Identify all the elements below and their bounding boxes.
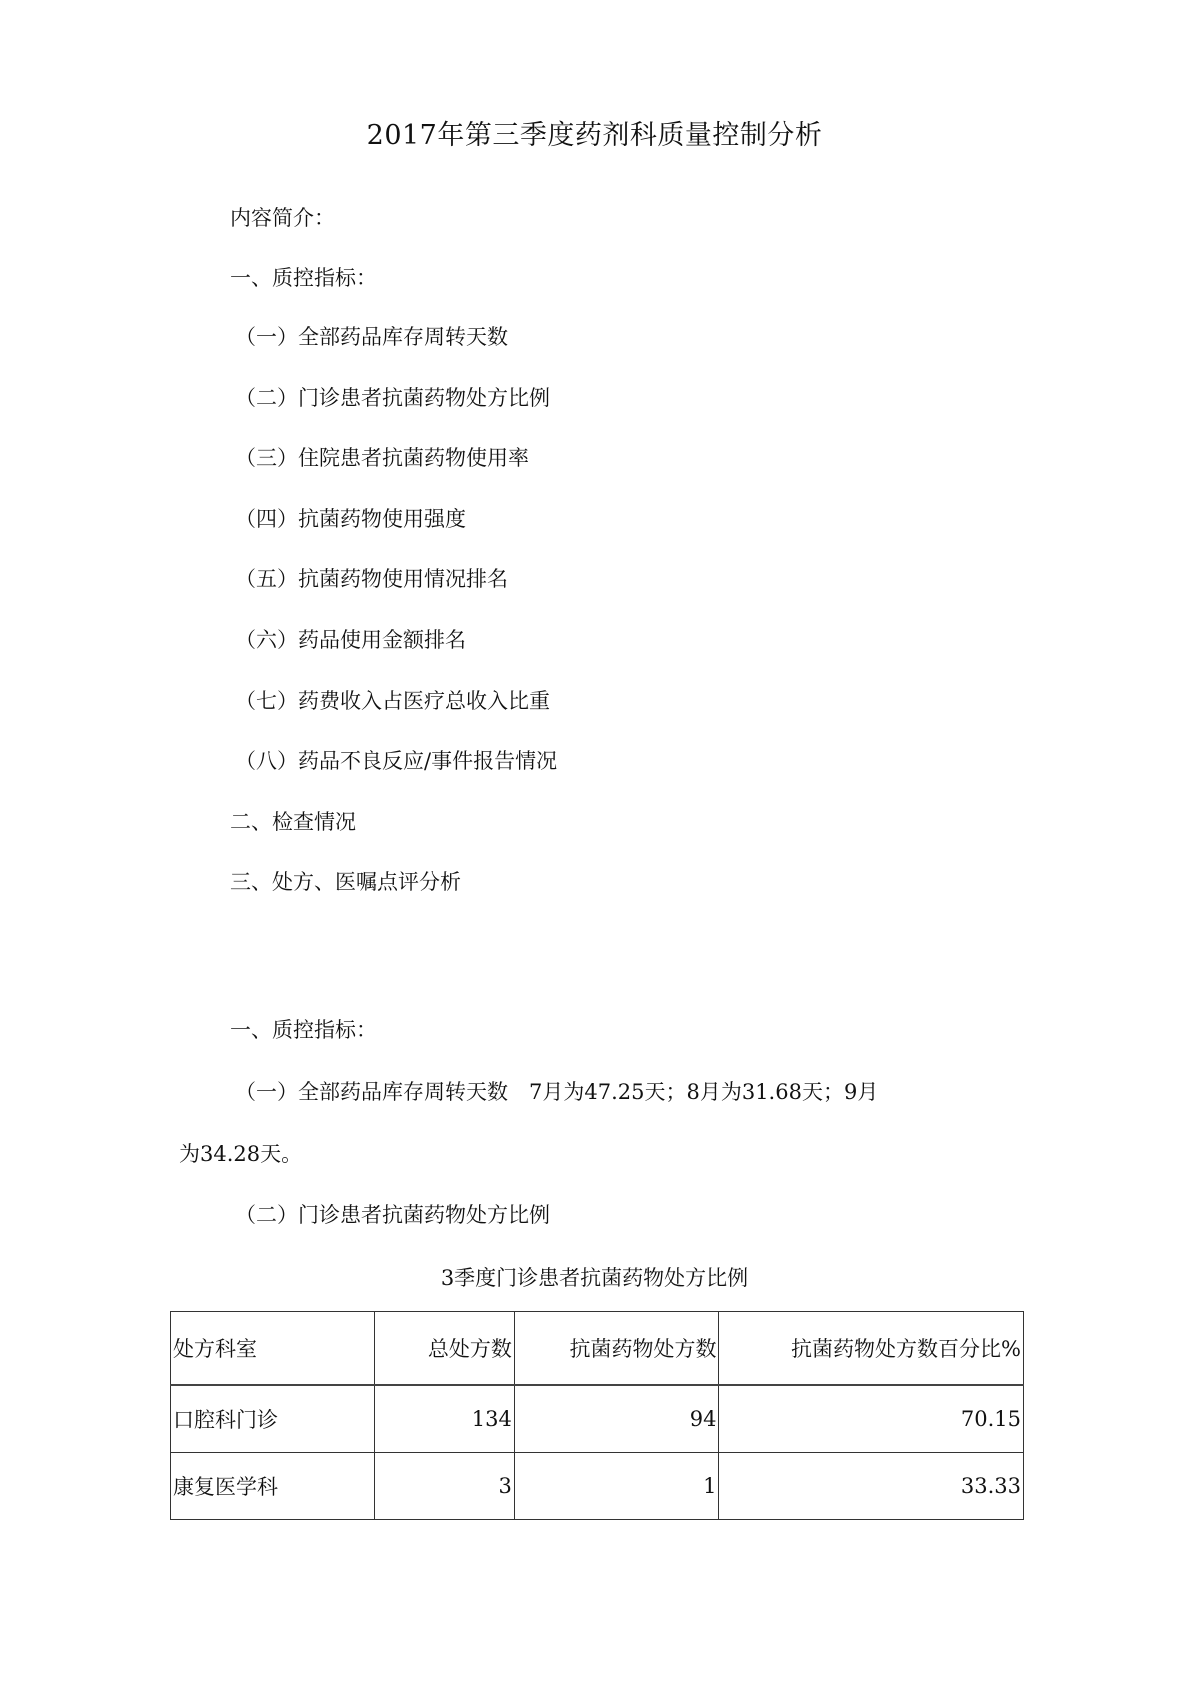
toc-item: （二）门诊患者抗菌药物处方比例 <box>235 383 550 413</box>
table-row: 口腔科门诊 134 94 70.15 <box>171 1385 1024 1453</box>
toc-item: （六）药品使用金额排名 <box>235 625 466 655</box>
cell-antibiotic-percentage: 70.15 <box>719 1385 1024 1453</box>
cell-antibiotic-prescriptions: 1 <box>514 1453 719 1520</box>
toc-section-quality-indicators: 一、质控指标： <box>230 263 377 293</box>
intro-label: 内容简介： <box>230 203 335 233</box>
table-caption: 3季度门诊患者抗菌药物处方比例 <box>0 1263 1189 1293</box>
section-heading-quality-indicators: 一、质控指标： <box>230 1015 377 1045</box>
toc-item: （三）住院患者抗菌药物使用率 <box>235 443 529 473</box>
header-antibiotic-percentage: 抗菌药物处方数百分比% <box>719 1312 1024 1386</box>
cell-total-prescriptions: 134 <box>375 1385 515 1453</box>
toc-item: （四）抗菌药物使用强度 <box>235 504 466 534</box>
toc-section-prescription-review: 三、处方、医嘱点评分析 <box>230 867 461 897</box>
cell-department: 口腔科门诊 <box>171 1385 375 1453</box>
toc-item: （五）抗菌药物使用情况排名 <box>235 564 508 594</box>
outpatient-antibiotic-heading: （二）门诊患者抗菌药物处方比例 <box>235 1200 550 1230</box>
table-header-row: 处方科室 总处方数 抗菌药物处方数 抗菌药物处方数百分比% <box>171 1312 1024 1386</box>
toc-section-inspection: 二、检查情况 <box>230 807 356 837</box>
cell-antibiotic-percentage: 33.33 <box>719 1453 1024 1520</box>
toc-item: （一）全部药品库存周转天数 <box>235 322 508 352</box>
page-title: 2017年第三季度药剂科质量控制分析 <box>0 118 1189 154</box>
header-department: 处方科室 <box>171 1312 375 1386</box>
cell-total-prescriptions: 3 <box>375 1453 515 1520</box>
cell-department: 康复医学科 <box>171 1453 375 1520</box>
inventory-turnover-paragraph-cont: 为34.28天。 <box>179 1139 302 1169</box>
table-row: 康复医学科 3 1 33.33 <box>171 1453 1024 1520</box>
header-antibiotic-prescriptions: 抗菌药物处方数 <box>514 1312 719 1386</box>
toc-item: （八）药品不良反应/事件报告情况 <box>235 746 557 776</box>
header-total-prescriptions: 总处方数 <box>375 1312 515 1386</box>
cell-antibiotic-prescriptions: 94 <box>514 1385 719 1453</box>
toc-item: （七）药费收入占医疗总收入比重 <box>235 686 550 716</box>
inventory-turnover-paragraph: （一）全部药品库存周转天数 7月为47.25天；8月为31.68天；9月 <box>235 1077 878 1107</box>
antibiotic-prescription-table: 处方科室 总处方数 抗菌药物处方数 抗菌药物处方数百分比% 口腔科门诊 134 … <box>170 1311 1024 1520</box>
